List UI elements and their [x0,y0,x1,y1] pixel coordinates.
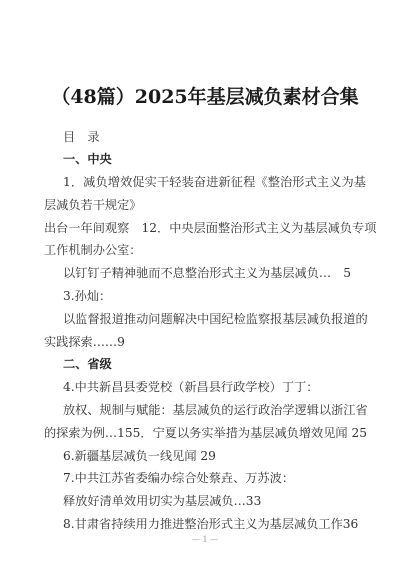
toc-entry-line: 3.孙灿： [63,288,111,304]
page-number: — 1 — [0,535,410,544]
toc-entry-line: 放权、规制与赋能：基层减负的运行政治学逻辑以浙江省 [63,402,366,418]
toc-entry-line: 的探索为例…155．宁夏以务实举措为基层减负增效见闻 25 [44,425,367,441]
toc-entry-line: 8.甘肃省持续用力推进整治形式主义为基层减负工作36 [63,516,358,532]
toc-entry-line: 层减负若干规定》 [44,197,142,213]
document-title: （48篇）2025年基层减负素材合集 [0,82,410,109]
toc-entry-line: 7.中共江苏省委编办综合处蔡垚、万苏波： [63,470,294,486]
section-heading-central: 一、中央 [63,151,112,167]
toc-entry-line: 出台一年间观察 12．中央层面整治形式主义为基层减负专项 [44,220,366,236]
toc-entry-line: 工作机制办公室： [44,242,142,258]
section-heading-provincial: 二、省级 [63,356,112,372]
toc-entry-line: 4.中共新昌县委党校（新昌县行政学校）丁丁： [63,379,318,395]
toc-entry-line: 以钉钉子精神驰而不息整治形式主义为基层减负… 5 [63,265,351,281]
toc-entry-line: 实践探索……9 [44,334,125,350]
toc-entry-line: 以监督报道推动问题解决中国纪检监察报基层减负报道的 [63,311,366,327]
toc-entry-line: 1．减负增效促实干轻装奋进新征程《整治形式主义为基 [63,174,366,190]
toc-entry-line: 释放好清单效用切实为基层减负…33 [63,493,261,509]
toc-entry-line: 6.新疆基层减负一线见闻 29 [63,448,216,464]
toc-heading: 目 录 [63,129,100,145]
